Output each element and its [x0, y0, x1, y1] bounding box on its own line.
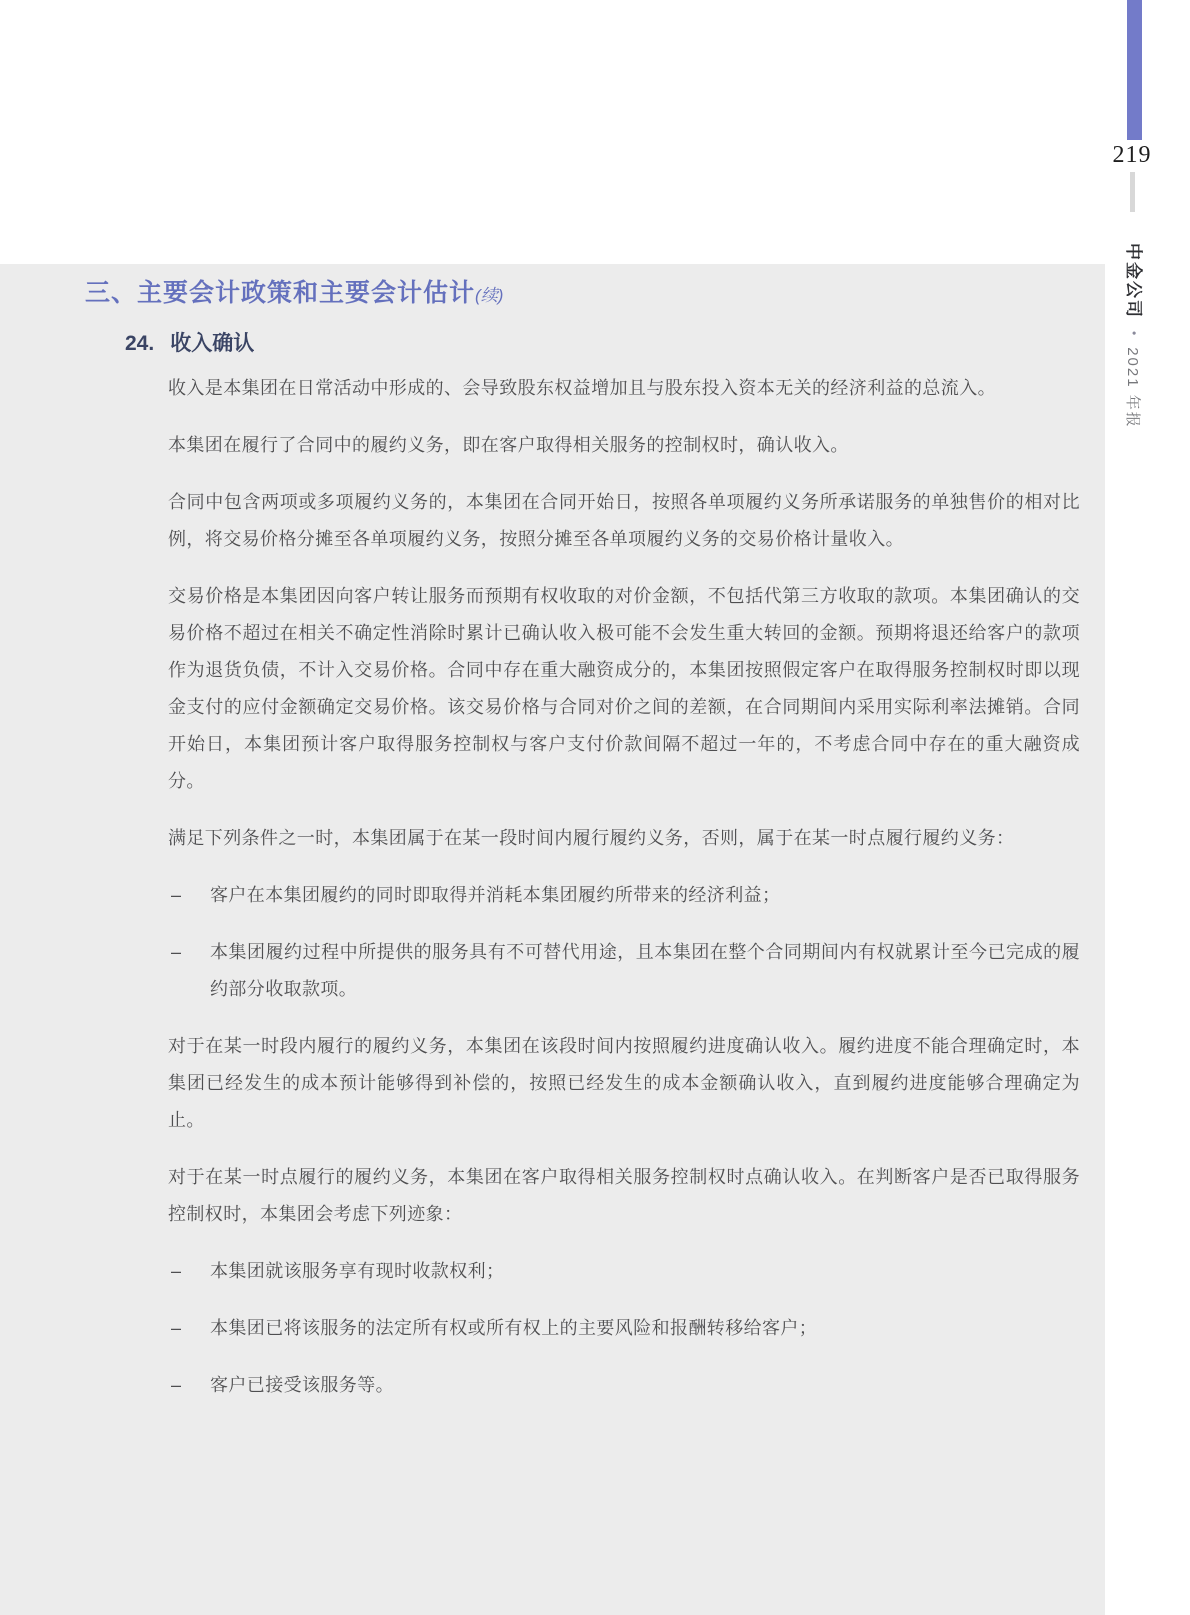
bullet-item: – 本集团已将该服务的法定所有权或所有权上的主要风险和报酬转移给客户； — [168, 1310, 1080, 1347]
page-number-rule — [1130, 172, 1135, 212]
bullet-text: 本集团就该服务享有现时收款权利； — [210, 1253, 504, 1290]
page-number: 219 — [1106, 142, 1158, 169]
section-heading: 三、主要会计政策和主要会计估计(续) — [85, 277, 1105, 312]
bullet-dash: – — [168, 1253, 210, 1290]
body-copy: 收入是本集团在日常活动中形成的、会导致股东权益增加且与股东投入资本无关的经济利益… — [168, 370, 1080, 1404]
paragraph-revenue-definition: 收入是本集团在日常活动中形成的、会导致股东权益增加且与股东投入资本无关的经济利益… — [168, 370, 1080, 407]
paragraph-period-vs-point: 满足下列条件之一时，本集团属于在某一段时间内履行履约义务，否则，属于在某一时点履… — [168, 820, 1080, 857]
bullet-item: – 客户已接受该服务等。 — [168, 1367, 1080, 1404]
bullet-item: – 本集团就该服务享有现时收款权利； — [168, 1253, 1080, 1290]
subsection-heading: 24.收入确认 — [125, 330, 1105, 358]
paragraph-transaction-price: 交易价格是本集团因向客户转让服务而预期有权收取的对价金额，不包括代第三方收取的款… — [168, 578, 1080, 800]
section-index: 三、 — [85, 279, 137, 307]
bullet-text: 客户在本集团履约的同时即取得并消耗本集团履约所带来的经济利益； — [210, 877, 780, 914]
bullet-dash: – — [168, 934, 210, 1008]
paragraph-point-in-time: 对于在某一时点履行的履约义务，本集团在客户取得相关服务控制权时点确认收入。在判断… — [168, 1159, 1080, 1233]
subsection-title: 收入确认 — [170, 332, 254, 355]
brand-report-year: 2021 年报 — [1124, 347, 1141, 429]
subsection-number: 24. — [125, 332, 154, 355]
section-title: 主要会计政策和主要会计估计 — [137, 279, 475, 307]
paragraph-over-time: 对于在某一时段内履行的履约义务，本集团在该段时间内按照履约进度确认收入。履约进度… — [168, 1028, 1080, 1139]
content-panel: 三、主要会计政策和主要会计估计(续) 24.收入确认 收入是本集团在日常活动中形… — [0, 264, 1105, 1615]
bullet-text: 本集团已将该服务的法定所有权或所有权上的主要风险和报酬转移给客户； — [210, 1310, 817, 1347]
section-continued-suffix: (续) — [475, 286, 503, 305]
bullet-dash: – — [168, 1367, 210, 1404]
bullet-dash: – — [168, 877, 210, 914]
bullet-text: 客户已接受该服务等。 — [210, 1367, 394, 1404]
bullet-text: 本集团履约过程中所提供的服务具有不可替代用途，且本集团在整个合同期间内有权就累计… — [210, 934, 1080, 1008]
bullet-item: – 本集团履约过程中所提供的服务具有不可替代用途，且本集团在整个合同期间内有权就… — [168, 934, 1080, 1008]
paragraph-multiple-obligations: 合同中包含两项或多项履约义务的，本集团在合同开始日，按照各单项履约义务所承诺服务… — [168, 484, 1080, 558]
bullet-item: – 客户在本集团履约的同时即取得并消耗本集团履约所带来的经济利益； — [168, 877, 1080, 914]
vertical-brand: 中金公司•2021 年报 — [1121, 243, 1145, 429]
bullet-dash: – — [168, 1310, 210, 1347]
top-accent-bar — [1127, 0, 1142, 140]
brand-company: 中金公司 — [1124, 243, 1143, 319]
paragraph-recognition-timing: 本集团在履行了合同中的履约义务，即在客户取得相关服务的控制权时，确认收入。 — [168, 427, 1080, 464]
brand-separator-dot: • — [1127, 331, 1141, 335]
